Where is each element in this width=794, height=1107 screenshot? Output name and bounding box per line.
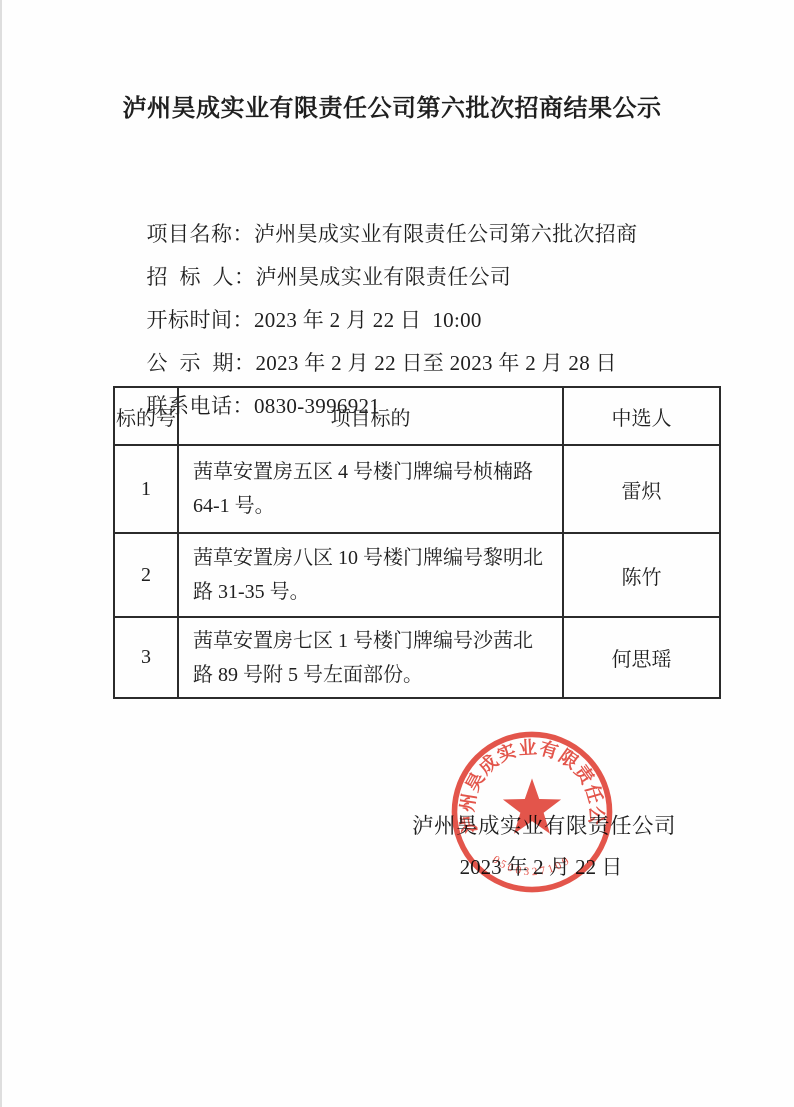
svg-text:0500327109: 0500327109 <box>490 854 574 879</box>
table-header-row: 标的号 项目标的 中选人 <box>114 387 720 445</box>
header-selected-person: 中选人 <box>563 387 720 445</box>
cell-selected-person: 陈竹 <box>563 533 720 617</box>
table-row: 2 茜草安置房八区 10 号楼门牌编号黎明北路 31-35 号。 陈竹 <box>114 533 720 617</box>
info-label: 招 标 人： <box>147 265 256 289</box>
info-value: 2023 年 2 月 22 日至 2023 年 2 月 28 日 <box>256 351 617 375</box>
cell-lot-number: 2 <box>114 533 178 617</box>
cell-selected-person: 何思瑶 <box>563 617 720 698</box>
cell-lot-number: 3 <box>114 617 178 698</box>
table-row: 3 茜草安置房七区 1 号楼门牌编号沙茜北路 89 号附 5 号左面部份。 何思… <box>114 617 720 698</box>
info-label: 项目名称： <box>147 222 255 246</box>
info-line-project-name: 项目名称：泸州昊成实业有限责任公司第六批次招商 <box>115 170 637 213</box>
table-row: 1 茜草安置房五区 4 号楼门牌编号桢楠路 64-1 号。 雷炽 <box>114 445 720 533</box>
company-seal-stamp-icon: 泸州昊成实业有限责任公司 0500327109 <box>430 710 634 914</box>
info-label: 开标时间： <box>147 308 255 332</box>
seal-serial-number: 0500327109 <box>490 854 574 879</box>
cell-project-subject: 茜草安置房八区 10 号楼门牌编号黎明北路 31-35 号。 <box>178 533 563 617</box>
cell-project-subject: 茜草安置房五区 4 号楼门牌编号桢楠路 64-1 号。 <box>178 445 563 533</box>
header-project-subject: 项目标的 <box>178 387 563 445</box>
bidding-results-table: 标的号 项目标的 中选人 1 茜草安置房五区 4 号楼门牌编号桢楠路 64-1 … <box>113 386 721 699</box>
scan-edge-artifact <box>0 0 2 1107</box>
scanned-document-page: 泸州昊成实业有限责任公司第六批次招商结果公示 项目名称：泸州昊成实业有限责任公司… <box>0 0 794 1107</box>
cell-selected-person: 雷炽 <box>563 445 720 533</box>
header-lot-number: 标的号 <box>114 387 178 445</box>
info-value: 泸州昊成实业有限责任公司第六批次招商 <box>254 222 637 246</box>
document-title: 泸州昊成实业有限责任公司第六批次招商结果公示 <box>7 88 777 123</box>
info-value: 泸州昊成实业有限责任公司 <box>256 265 512 289</box>
cell-project-subject: 茜草安置房七区 1 号楼门牌编号沙茜北路 89 号附 5 号左面部份。 <box>178 617 563 698</box>
cell-lot-number: 1 <box>114 445 178 533</box>
info-label: 公 示 期： <box>147 351 256 375</box>
seal-star-icon <box>503 778 561 833</box>
project-info-block: 项目名称：泸州昊成实业有限责任公司第六批次招商 招 标 人：泸州昊成实业有限责任… <box>115 170 637 385</box>
info-value: 2023 年 2 月 22 日 10:00 <box>254 308 482 332</box>
